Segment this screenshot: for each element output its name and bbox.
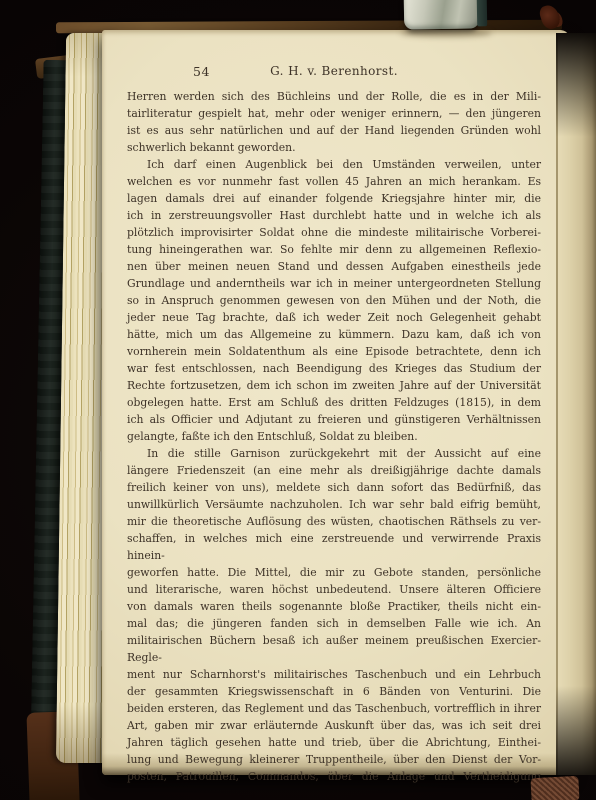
text-line: Herren werden sich des Büchleins und der… bbox=[127, 88, 541, 105]
text-line: und literarische, waren höchst unbedeute… bbox=[127, 581, 541, 598]
text-line: welchen es vor nunmehr fast vollen 45 Ja… bbox=[127, 173, 541, 190]
text-line: längere Friedenszeit (an eine mehr als d… bbox=[127, 462, 541, 479]
text-line: plötzlich improvisirter Soldat ohne die … bbox=[127, 224, 541, 241]
page-gutter-curl bbox=[556, 33, 596, 775]
text-line: ich als Officier und Adjutant zu freiere… bbox=[127, 411, 541, 428]
text-line: war fest entschlossen, nach Beendigung d… bbox=[127, 360, 541, 377]
metal-page-clip bbox=[404, 0, 480, 30]
text-line: freilich keiner von uns), meldete sich d… bbox=[127, 479, 541, 496]
book-photo-scene: { "book_page": { "page_number": "54", "r… bbox=[0, 0, 596, 800]
text-line: Ich darf einen Augenblick bei den Umstän… bbox=[127, 156, 541, 173]
clip-shadow bbox=[400, 29, 492, 37]
text-line: gelangte, faßte ich den Entschluß, Solda… bbox=[127, 428, 541, 445]
text-line: ment nur Scharnhorst's militairisches Ta… bbox=[127, 666, 541, 683]
text-line: ich in zerstreuungsvoller Hast durchlebt… bbox=[127, 207, 541, 224]
text-line: lagen damals drei auf einander folgende … bbox=[127, 190, 541, 207]
text-line: posten, Patrouillen, Commandos, über die… bbox=[127, 768, 541, 785]
text-line: ist es aus sehr natürlichen und auf der … bbox=[127, 122, 541, 139]
text-line: obgelegen hatte. Erst am Schluß des drit… bbox=[127, 394, 541, 411]
text-line: geworfen hatte. Die Mittel, die mir zu G… bbox=[127, 564, 541, 581]
text-line: Art, gaben mir zwar erläuternde Auskunft… bbox=[127, 717, 541, 734]
text-line: In die stille Garnison zurückgekehrt mit… bbox=[127, 445, 541, 462]
text-block: Herren werden sich des Büchleins und der… bbox=[127, 88, 541, 785]
text-line: schaffen, in welches mich eine zerstreue… bbox=[127, 530, 541, 564]
book-page: 54 G. H. v. Berenhorst. Herren werden si… bbox=[102, 30, 570, 775]
text-line: mal das; die jüngeren fanden sich in dem… bbox=[127, 615, 541, 632]
text-line: jeder neue Tag brachte, daß ich weder Ze… bbox=[127, 309, 541, 326]
text-line: der gesammten Kriegswissenschaft in 6 Bä… bbox=[127, 683, 541, 700]
text-line: mir die theoretische Auflösung des wüste… bbox=[127, 513, 541, 530]
text-line: von damals waren theils sogenannte bloße… bbox=[127, 598, 541, 615]
text-line: schwerlich bekannt geworden. bbox=[127, 139, 541, 156]
text-line: beiden ersteren, das Reglement und das T… bbox=[127, 700, 541, 717]
text-line: vornherein mein Soldatenthum als eine Ep… bbox=[127, 343, 541, 360]
cover-patch-bottom-right bbox=[530, 776, 579, 800]
text-line: tairliteratur gespielt hat, mehr oder we… bbox=[127, 105, 541, 122]
text-line: Rechte fortzusetzen, dem ich schon im zw… bbox=[127, 377, 541, 394]
text-line: tung hineingerathen war. So fehlte mir d… bbox=[127, 241, 541, 258]
text-line: unwillkürlich Versäumte nachzuholen. Ich… bbox=[127, 496, 541, 513]
text-line: militairischen Büchern besaß ich außer m… bbox=[127, 632, 541, 666]
text-line: nen über meinen neuen Stand und dessen A… bbox=[127, 258, 541, 275]
text-line: hätte, mich um das Allgemeine zu kümmern… bbox=[127, 326, 541, 343]
text-line: Jahren täglich gesehen hatte und trieb, … bbox=[127, 734, 541, 751]
text-line: lung und Bewegung kleinerer Truppentheil… bbox=[127, 751, 541, 768]
running-header: G. H. v. Berenhorst. bbox=[127, 64, 541, 78]
text-line: Grundlage und anderntheils war ich in me… bbox=[127, 275, 541, 292]
text-line: so in Anspruch genommen gewesen von den … bbox=[127, 292, 541, 309]
